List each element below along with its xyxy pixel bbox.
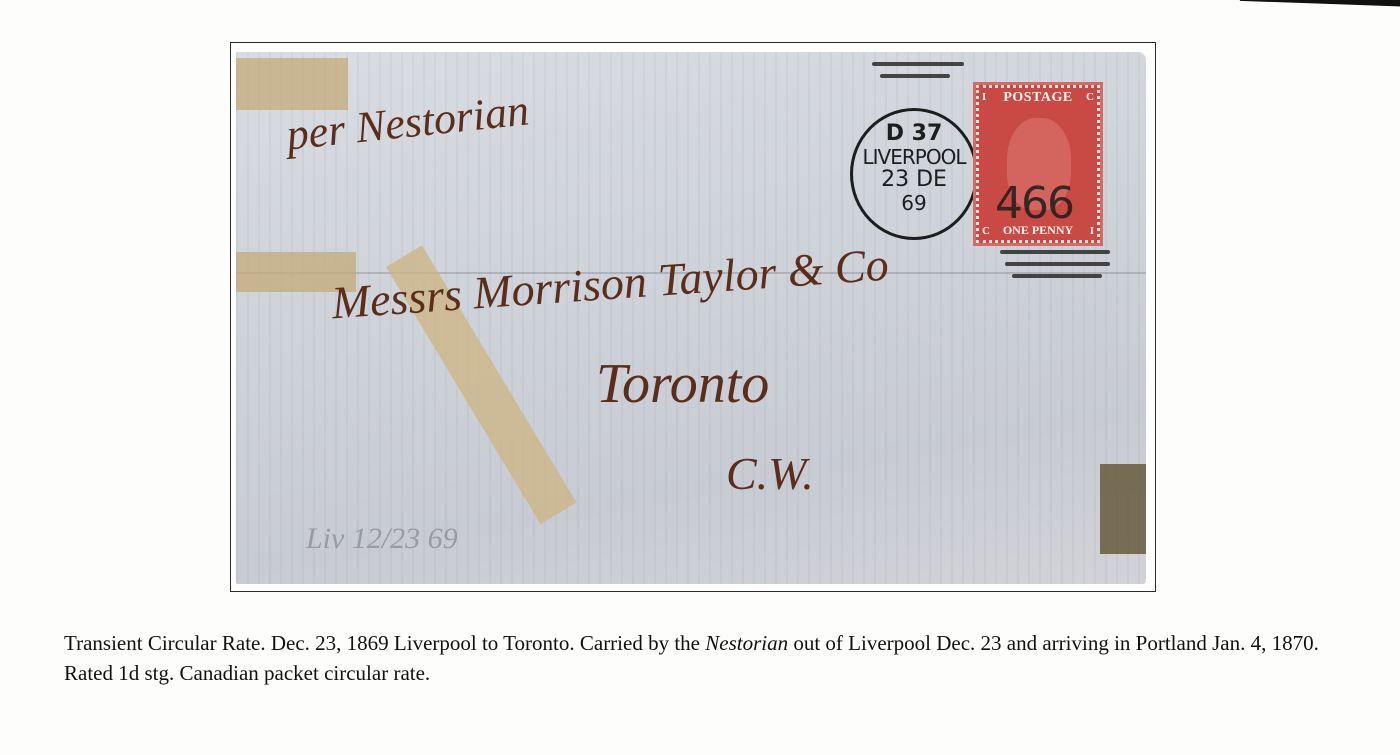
address-province: C.W. — [726, 447, 814, 500]
caption-text: Transient Circular Rate. Dec. 23, 1869 L… — [64, 631, 705, 655]
duplex-cancel-numeral: 466 — [995, 178, 1073, 229]
duplex-bar — [1005, 262, 1110, 266]
duplex-bar — [1012, 274, 1102, 278]
liverpool-postmark: D 37 LIVERPOOL 23 DE 69 — [850, 108, 978, 240]
stamp-corner-letter: I — [982, 91, 986, 103]
duplex-bar — [1000, 250, 1110, 254]
exhibit-caption: Transient Circular Rate. Dec. 23, 1869 L… — [64, 628, 1344, 688]
postmark-year: 69 — [853, 193, 975, 213]
postmark-code: D 37 — [853, 123, 975, 145]
scan-edge-shadow — [1240, 0, 1400, 7]
duplex-bar — [880, 74, 950, 78]
hinge-tape-top-left — [236, 58, 348, 110]
stamp-top-label: POSTAGE — [979, 90, 1097, 106]
pencil-notation: Liv 12/23 69 — [306, 522, 458, 556]
caption-ship-name: Nestorian — [705, 631, 788, 655]
stamp-corner-letter: C — [1086, 91, 1094, 103]
duplex-bar — [872, 62, 964, 66]
postmark-town: LIVERPOOL — [853, 147, 975, 167]
address-city: Toronto — [596, 352, 769, 416]
postmark-date: 23 DE — [853, 169, 975, 191]
corner-stain — [1100, 464, 1146, 554]
